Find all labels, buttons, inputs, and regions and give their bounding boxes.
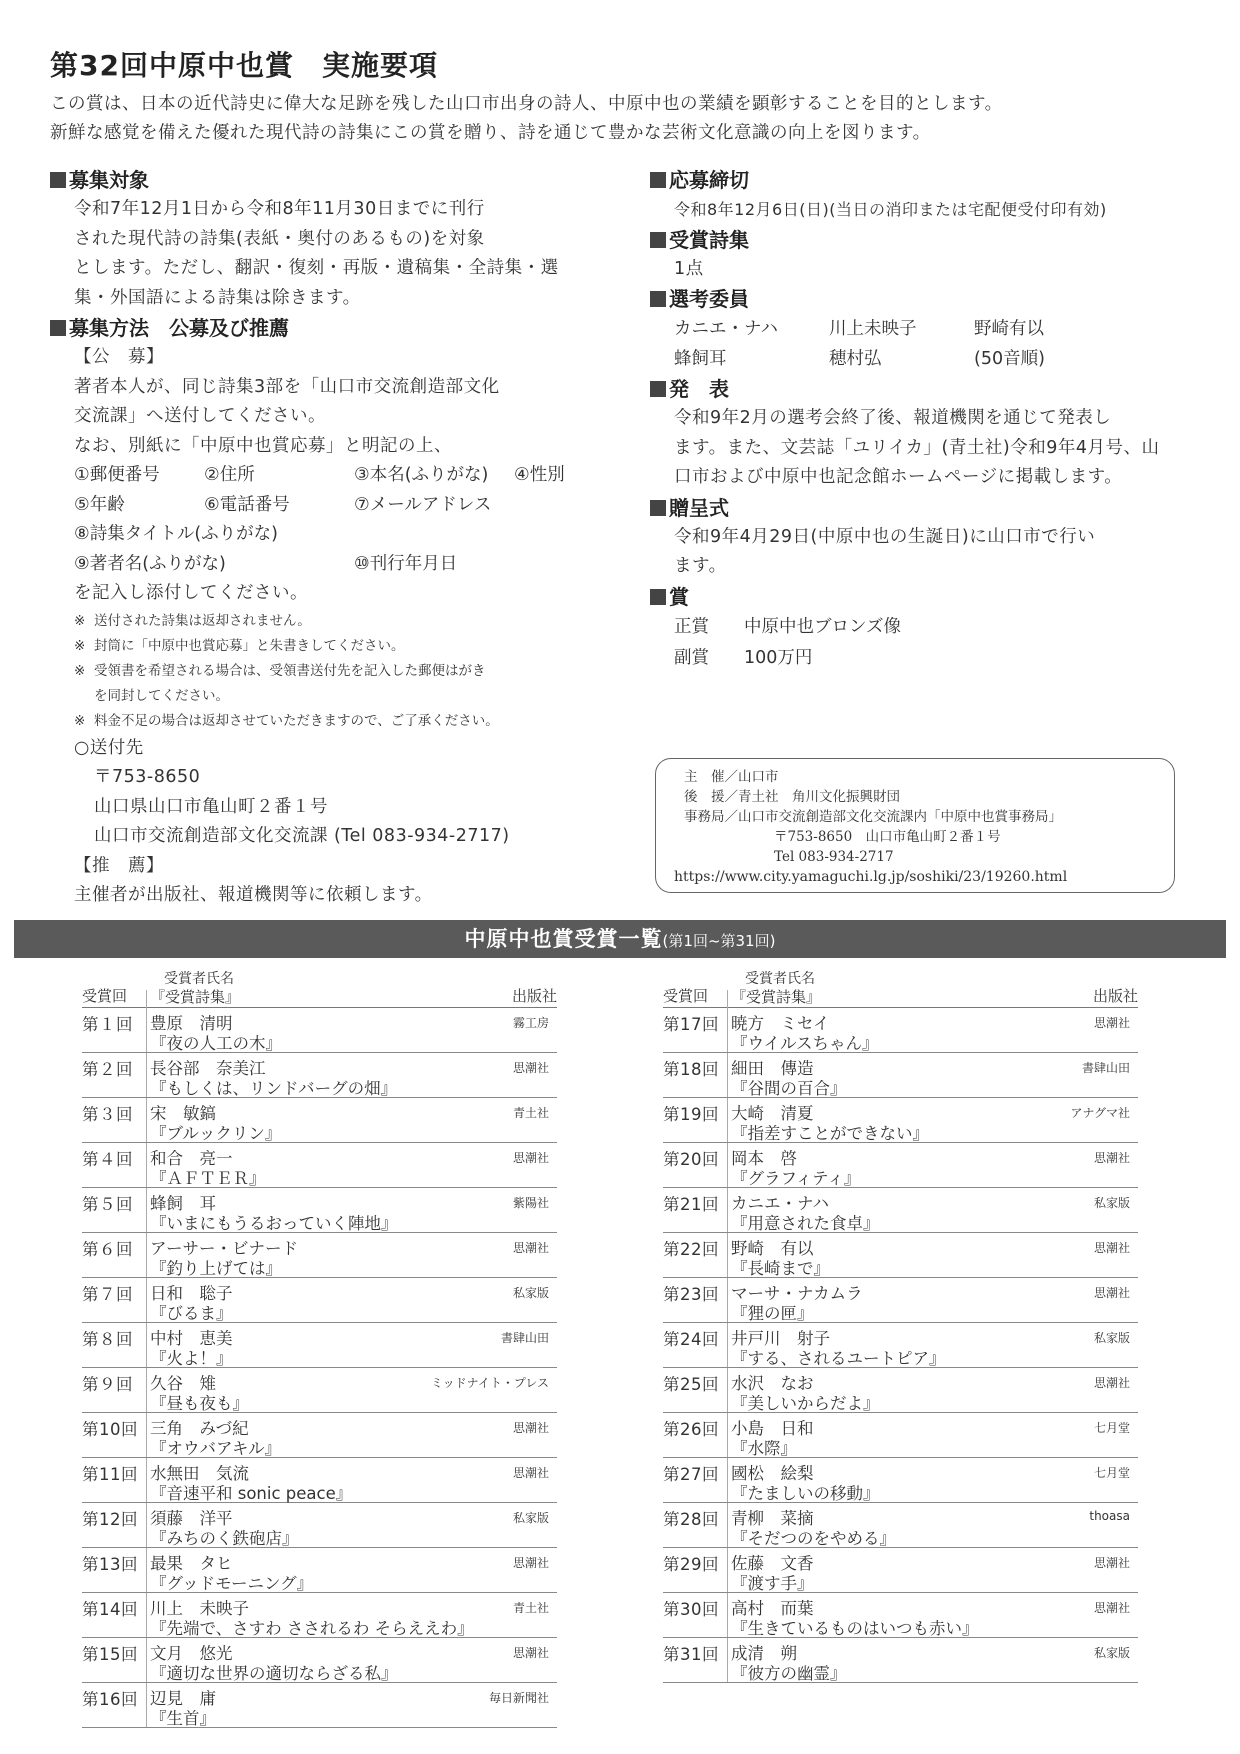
postal-code: 〒753-8650 bbox=[94, 763, 590, 793]
text-line: 口市および中原中也記念館ホームページに掲載します。 bbox=[674, 463, 1200, 493]
round-cell: 第20回 bbox=[663, 1146, 719, 1170]
book-title-cell: 『用意された食卓』 bbox=[731, 1210, 880, 1234]
suisen-block: 【推 薦】 主催者が出版社、報道機関等に依頼します。 bbox=[50, 852, 590, 911]
round-cell: 第25回 bbox=[663, 1371, 719, 1395]
required-item: ⑨著者名(ふりがな) bbox=[74, 550, 354, 580]
publisher-cell: 七月堂 bbox=[1094, 1464, 1130, 1481]
table-row: 第14回川上 未映子『先端で、さすわ さされるわ そらええわ』青土社 bbox=[82, 1593, 557, 1638]
book-title-cell: 『生きているものはいつも赤い』 bbox=[731, 1615, 979, 1639]
table-row: 第５回蜂飼 耳『いまにもうるおっていく陣地』紫陽社 bbox=[82, 1188, 557, 1233]
square-bullet-icon bbox=[650, 172, 666, 188]
secretariat-address: 〒753-8650 山口市亀山町２番１号 bbox=[684, 827, 1174, 847]
banner-range: (第1回~第31回) bbox=[663, 932, 776, 950]
table-row: 第10回三角 みづ紀『オウバアキル』思潮社 bbox=[82, 1413, 557, 1458]
note-continuation: を同封してください。 bbox=[50, 684, 590, 709]
publisher-cell: 思潮社 bbox=[513, 1464, 549, 1481]
note-mark: ※ bbox=[74, 709, 94, 734]
publisher-cell: 思潮社 bbox=[513, 1644, 549, 1661]
table-row: 第31回成清 朔『彼方の幽霊』私家版 bbox=[663, 1638, 1138, 1683]
judge-name: カニエ・ナハ bbox=[674, 314, 829, 344]
koubo-block: 【公 募】 著者本人が、同じ詩集3部を「山口市交流創造部文化 交流課」へ送付して… bbox=[50, 343, 590, 461]
publisher-cell: アナグマ社 bbox=[1070, 1104, 1130, 1121]
publisher-cell: 書肆山田 bbox=[1082, 1059, 1130, 1076]
announce-body: 令和9年2月の選考会終了後、報道機関を通じて発表し ます。また、文芸誌「ユリイカ… bbox=[650, 404, 1200, 493]
round-cell: 第24回 bbox=[663, 1326, 719, 1350]
address: 山口県山口市亀山町２番１号 bbox=[94, 793, 590, 823]
book-title-cell: 『狸の匣』 bbox=[731, 1300, 814, 1324]
publisher-cell: 思潮社 bbox=[513, 1239, 549, 1256]
round-cell: 第11回 bbox=[82, 1461, 138, 1485]
table-row: 第15回文月 悠光『適切な世界の適切ならざる私』思潮社 bbox=[82, 1638, 557, 1683]
book-title-cell: 『彼方の幽霊』 bbox=[731, 1660, 847, 1684]
publisher-cell: 思潮社 bbox=[1094, 1284, 1130, 1301]
book-title-cell: 『音速平和 sonic peace』 bbox=[150, 1480, 352, 1504]
round-cell: 第27回 bbox=[663, 1461, 719, 1485]
book-title-cell: 『美しいからだよ』 bbox=[731, 1390, 880, 1414]
prize-main: 正賞中原中也ブロンズ像 bbox=[650, 612, 1200, 643]
round-cell: 第９回 bbox=[82, 1371, 133, 1395]
right-column: 応募締切 令和8年12月6日(日)(当日の消印または宅配便受付印有効) 受賞詩集… bbox=[650, 165, 1200, 674]
heading-text: 賞 bbox=[669, 582, 689, 612]
section-heading-announce: 発 表 bbox=[650, 374, 1200, 404]
publisher-cell: ミッドナイト・プレス bbox=[431, 1374, 549, 1391]
book-title-cell: 『そだつのをやめる』 bbox=[731, 1525, 896, 1549]
publisher-cell: 私家版 bbox=[1094, 1644, 1130, 1661]
publisher-cell: 霧工房 bbox=[513, 1014, 549, 1031]
table-row: 第27回國松 絵梨『たましいの移動』七月堂 bbox=[663, 1458, 1138, 1503]
round-cell: 第３回 bbox=[82, 1101, 133, 1125]
table-row: 第11回水無田 気流『音速平和 sonic peace』思潮社 bbox=[82, 1458, 557, 1503]
round-cell: 第29回 bbox=[663, 1551, 719, 1575]
column-header-book: 『受賞詩集』 bbox=[731, 986, 821, 1007]
round-cell: 第４回 bbox=[82, 1146, 133, 1170]
book-title-cell: 『夜の人工の木』 bbox=[150, 1030, 282, 1054]
column-header-name: 受賞者氏名 bbox=[745, 968, 815, 988]
book-title-cell: 『水際』 bbox=[731, 1435, 797, 1459]
note-item: ※封筒に「中原中也賞応募」と朱書きしてください。 bbox=[50, 634, 590, 659]
table-row: 第８回中村 恵美『火よ！』書肆山田 bbox=[82, 1323, 557, 1368]
round-cell: 第１回 bbox=[82, 1011, 133, 1035]
round-cell: 第26回 bbox=[663, 1416, 719, 1440]
text-line: とします。ただし、翻訳・復刻・再版・遺稿集・全詩集・選 bbox=[74, 254, 590, 284]
table-row: 第20回岡本 啓『グラフィティ』思潮社 bbox=[663, 1143, 1138, 1188]
section-heading-ceremony: 贈呈式 bbox=[650, 493, 1200, 523]
table-row: 第21回カニエ・ナハ『用意された食卓』私家版 bbox=[663, 1188, 1138, 1233]
table-row: 第28回青柳 菜摘『そだつのをやめる』thoasa bbox=[663, 1503, 1138, 1548]
table-header: 受賞回 受賞者氏名 『受賞詩集』 出版社 bbox=[82, 968, 557, 1008]
text-line: 令和7年12月1日から令和8年11月30日までに刊行 bbox=[74, 195, 590, 225]
square-bullet-icon bbox=[50, 320, 66, 336]
round-cell: 第14回 bbox=[82, 1596, 138, 1620]
table-row: 第12回須藤 洋平『みちのく鉄砲店』私家版 bbox=[82, 1503, 557, 1548]
heading-text: 贈呈式 bbox=[669, 493, 729, 523]
title-sub: 実施要項 bbox=[322, 49, 438, 82]
lead-line: この賞は、日本の近代詩史に偉大な足跡を残した山口市出身の詩人、中原中也の業績を顕… bbox=[50, 90, 1200, 119]
round-cell: 第６回 bbox=[82, 1236, 133, 1260]
publisher-cell: 書肆山田 bbox=[501, 1329, 549, 1346]
note-text: 料金不足の場合は返却させていただきますので、ご了承ください。 bbox=[94, 709, 499, 734]
square-bullet-icon bbox=[650, 232, 666, 248]
award-count-text: 1点 bbox=[650, 255, 1200, 285]
note-text: 封筒に「中原中也賞応募」と朱書きしてください。 bbox=[94, 634, 405, 659]
supporters: 後 援／青土社 角川文化振興財団 bbox=[684, 787, 1174, 807]
book-title-cell: 『釣り上げては』 bbox=[150, 1255, 282, 1279]
book-title-cell: 『先端で、さすわ さされるわ そらええわ』 bbox=[150, 1615, 474, 1639]
banner-title: 中原中也賞受賞一覧 bbox=[465, 927, 663, 951]
column-header-round: 受賞回 bbox=[82, 985, 127, 1006]
secretariat: 事務局／山口市交流創造部文化交流課内「中原中也賞事務局」 bbox=[684, 807, 1174, 827]
book-title-cell: 『指差すことができない』 bbox=[731, 1120, 929, 1144]
table-row: 第16回辺見 庸『生首』毎日新聞社 bbox=[82, 1683, 557, 1728]
ceremony-body: 令和9年4月29日(中原中也の生誕日)に山口市で行い ます。 bbox=[650, 523, 1200, 582]
table-row: 第６回アーサー・ビナード『釣り上げては』思潮社 bbox=[82, 1233, 557, 1278]
note-mark: ※ bbox=[74, 659, 94, 684]
section-heading-judges: 選考委員 bbox=[650, 284, 1200, 314]
boshu-taisho-body: 令和7年12月1日から令和8年11月30日までに刊行 された現代詩の詩集(表紙・… bbox=[50, 195, 590, 313]
book-title-cell: 『適切な世界の適切ならざる私』 bbox=[150, 1660, 398, 1684]
table-row: 第３回宋 敏鎬『ブルックリン』青土社 bbox=[82, 1098, 557, 1143]
column-header-name: 受賞者氏名 bbox=[164, 968, 234, 988]
book-title-cell: 『する、されるユートピア』 bbox=[731, 1345, 946, 1369]
section-heading-deadline: 応募締切 bbox=[650, 165, 1200, 195]
round-cell: 第22回 bbox=[663, 1236, 719, 1260]
judges-list: カニエ・ナハ 川上未映子 野崎有以 蜂飼耳 穂村弘 (50音順) bbox=[650, 314, 1200, 374]
column-header-publisher: 出版社 bbox=[1093, 985, 1138, 1006]
book-title-cell: 『生首』 bbox=[150, 1705, 216, 1729]
table-row: 第２回長谷部 奈美江『もしくは、リンドバーグの畑』思潮社 bbox=[82, 1053, 557, 1098]
page-title: 第32回中原中也賞実施要項 bbox=[50, 44, 438, 84]
table-header: 受賞回 受賞者氏名 『受賞詩集』 出版社 bbox=[663, 968, 1138, 1008]
publisher-cell: 思潮社 bbox=[513, 1149, 549, 1166]
winners-table-right: 受賞回 受賞者氏名 『受賞詩集』 出版社 第17回暁方 ミセイ『ウイルスちゃん』… bbox=[663, 968, 1138, 1683]
book-title-cell: 『渡す手』 bbox=[731, 1570, 814, 1594]
square-bullet-icon bbox=[650, 291, 666, 307]
publisher-cell: 七月堂 bbox=[1094, 1419, 1130, 1436]
round-cell: 第16回 bbox=[82, 1686, 138, 1710]
table-row: 第24回井戸川 射子『する、されるユートピア』私家版 bbox=[663, 1323, 1138, 1368]
heading-text: 募集対象 bbox=[69, 165, 149, 195]
column-header-round: 受賞回 bbox=[663, 985, 708, 1006]
publisher-cell: 思潮社 bbox=[1094, 1554, 1130, 1571]
publisher-cell: 紫陽社 bbox=[513, 1194, 549, 1211]
round-cell: 第10回 bbox=[82, 1416, 138, 1440]
send-to-label: ○送付先 bbox=[74, 734, 590, 764]
text-line: 著者本人が、同じ詩集3部を「山口市交流創造部文化 bbox=[74, 373, 590, 403]
table-row: 第22回野崎 有以『長崎まで』思潮社 bbox=[663, 1233, 1138, 1278]
required-item: ①郵便番号 bbox=[74, 461, 204, 491]
publisher-cell: 私家版 bbox=[1094, 1194, 1130, 1211]
book-title-cell: 『火よ！』 bbox=[150, 1345, 233, 1369]
round-cell: 第７回 bbox=[82, 1281, 133, 1305]
text-line: 交流課」へ送付してください。 bbox=[74, 402, 590, 432]
prize-label: 副賞 bbox=[674, 643, 744, 674]
book-title-cell: 『いまにもうるおっていく陣地』 bbox=[150, 1210, 398, 1234]
table-row: 第７回日和 聡子『びるま』私家版 bbox=[82, 1278, 557, 1323]
prize-label: 正賞 bbox=[674, 612, 744, 643]
website-link[interactable]: https://www.city.yamaguchi.lg.jp/soshiki… bbox=[674, 867, 1174, 887]
publisher-cell: 思潮社 bbox=[1094, 1014, 1130, 1031]
table-row: 第17回暁方 ミセイ『ウイルスちゃん』思潮社 bbox=[663, 1008, 1138, 1053]
prize-value: 中原中也ブロンズ像 bbox=[744, 617, 901, 637]
note-text: 受領書を希望される場合は、受領書送付先を記入した郵便はがき bbox=[94, 659, 486, 684]
suisen-label: 【推 薦】 bbox=[74, 852, 590, 882]
publisher-cell: 私家版 bbox=[1094, 1329, 1130, 1346]
round-cell: 第８回 bbox=[82, 1326, 133, 1350]
note-item: ※料金不足の場合は返却させていただきますので、ご了承ください。 bbox=[50, 709, 590, 734]
table-row: 第29回佐藤 文香『渡す手』思潮社 bbox=[663, 1548, 1138, 1593]
attach-instruction: を記入し添付してください。 bbox=[50, 579, 590, 609]
prize-value: 100万円 bbox=[744, 648, 812, 668]
section-heading-award-count: 受賞詩集 bbox=[650, 225, 1200, 255]
book-title-cell: 『もしくは、リンドバーグの畑』 bbox=[150, 1075, 397, 1099]
round-cell: 第19回 bbox=[663, 1101, 719, 1125]
publisher-cell: 青土社 bbox=[513, 1599, 549, 1616]
table-row: 第30回高村 而葉『生きているものはいつも赤い』思潮社 bbox=[663, 1593, 1138, 1638]
book-title-cell: 『ブルックリン』 bbox=[150, 1120, 281, 1144]
round-cell: 第18回 bbox=[663, 1056, 719, 1080]
square-bullet-icon bbox=[650, 500, 666, 516]
publisher-cell: 思潮社 bbox=[513, 1419, 549, 1436]
title-main: 第32回中原中也賞 bbox=[50, 49, 294, 82]
publisher-cell: 青土社 bbox=[513, 1104, 549, 1121]
round-cell: 第５回 bbox=[82, 1191, 133, 1215]
note-item: ※受領書を希望される場合は、受領書送付先を記入した郵便はがき bbox=[50, 659, 590, 684]
publisher-cell: 毎日新聞社 bbox=[489, 1689, 549, 1706]
heading-text: 受賞詩集 bbox=[669, 225, 749, 255]
book-title-cell: 『グッドモーニング』 bbox=[150, 1570, 313, 1594]
lead-paragraph: この賞は、日本の近代詩史に偉大な足跡を残した山口市出身の詩人、中原中也の業績を顕… bbox=[50, 90, 1200, 148]
note-item: ※送付された詩集は返却されません。 bbox=[50, 609, 590, 634]
round-cell: 第13回 bbox=[82, 1551, 138, 1575]
organizer-info-box: 主 催／山口市 後 援／青土社 角川文化振興財団 事務局／山口市交流創造部文化交… bbox=[655, 758, 1175, 893]
note-mark: ※ bbox=[74, 609, 94, 634]
note-text: 送付された詩集は返却されません。 bbox=[94, 609, 311, 634]
column-header-publisher: 出版社 bbox=[512, 985, 557, 1006]
round-cell: 第17回 bbox=[663, 1011, 719, 1035]
required-item: ⑤年齢 bbox=[74, 491, 204, 521]
judge-name: 穂村弘 bbox=[829, 344, 974, 374]
book-title-cell: 『たましいの移動』 bbox=[731, 1480, 880, 1504]
book-title-cell: 『ウイルスちゃん』 bbox=[731, 1030, 879, 1054]
left-column: 募集対象 令和7年12月1日から令和8年11月30日までに刊行 された現代詩の詩… bbox=[50, 165, 590, 911]
publisher-cell: 思潮社 bbox=[1094, 1149, 1130, 1166]
send-to-address: 〒753-8650 山口県山口市亀山町２番１号 山口市交流創造部文化交流課 (T… bbox=[50, 763, 590, 852]
square-bullet-icon bbox=[650, 381, 666, 397]
book-title-cell: 『びるま』 bbox=[150, 1300, 233, 1324]
round-cell: 第12回 bbox=[82, 1506, 138, 1530]
required-items-list: ①郵便番号 ②住所 ③本名(ふりがな) ④性別 ⑤年齢 ⑥電話番号 ⑦メールアド… bbox=[50, 461, 590, 579]
book-title-cell: 『ＡＦＴＥＲ』 bbox=[150, 1165, 266, 1189]
secretariat-tel: Tel 083-934-2717 bbox=[684, 847, 1174, 867]
square-bullet-icon bbox=[650, 589, 666, 605]
table-row: 第26回小島 日和『水際』七月堂 bbox=[663, 1413, 1138, 1458]
publisher-cell: 思潮社 bbox=[1094, 1239, 1130, 1256]
text-line: 令和9年4月29日(中原中也の生誕日)に山口市で行い bbox=[674, 523, 1200, 553]
deadline-text: 令和8年12月6日(日)(当日の消印または宅配便受付印有効) bbox=[650, 195, 1200, 225]
table-row: 第１回豊原 清明『夜の人工の木』霧工房 bbox=[82, 1008, 557, 1053]
publisher-cell: 私家版 bbox=[513, 1284, 549, 1301]
section-heading-prize: 賞 bbox=[650, 582, 1200, 612]
section-heading-boshu-taisho: 募集対象 bbox=[50, 165, 590, 195]
required-item: ②住所 bbox=[204, 461, 354, 491]
round-cell: 第28回 bbox=[663, 1506, 719, 1530]
book-title-cell: 『昼も夜も』 bbox=[150, 1390, 249, 1414]
table-row: 第４回和合 亮一『ＡＦＴＥＲ』思潮社 bbox=[82, 1143, 557, 1188]
book-title-cell: 『長崎まで』 bbox=[731, 1255, 830, 1279]
table-row: 第９回久谷 雉『昼も夜も』ミッドナイト・プレス bbox=[82, 1368, 557, 1413]
text-line: 令和9年2月の選考会終了後、報道機関を通じて発表し bbox=[674, 404, 1200, 434]
required-item: ⑩刊行年月日 bbox=[354, 550, 604, 580]
judge-name: 野崎有以 bbox=[974, 314, 1124, 344]
square-bullet-icon bbox=[50, 172, 66, 188]
heading-text: 選考委員 bbox=[669, 284, 749, 314]
judge-name: 蜂飼耳 bbox=[674, 344, 829, 374]
publisher-cell: 思潮社 bbox=[1094, 1374, 1130, 1391]
table-row: 第19回大崎 清夏『指差すことができない』アナグマ社 bbox=[663, 1098, 1138, 1143]
winners-banner: 中原中也賞受賞一覧(第1回~第31回) bbox=[14, 920, 1226, 958]
required-item: ④性別 bbox=[514, 461, 604, 491]
round-cell: 第21回 bbox=[663, 1191, 719, 1215]
note-text: を同封してください。 bbox=[94, 684, 229, 709]
round-cell: 第15回 bbox=[82, 1641, 138, 1665]
winners-table-left: 受賞回 受賞者氏名 『受賞詩集』 出版社 第１回豊原 清明『夜の人工の木』霧工房… bbox=[82, 968, 557, 1728]
suisen-text: 主催者が出版社、報道機関等に依頼します。 bbox=[74, 881, 590, 911]
book-title-cell: 『グラフィティ』 bbox=[731, 1165, 860, 1189]
book-title-cell: 『谷間の百合』 bbox=[731, 1075, 847, 1099]
book-title-cell: 『オウバアキル』 bbox=[150, 1435, 281, 1459]
text-line: なお、別紙に「中原中也賞応募」と明記の上、 bbox=[74, 432, 590, 462]
table-row: 第18回細田 傳造『谷間の百合』書肆山田 bbox=[663, 1053, 1138, 1098]
text-line: ます。 bbox=[674, 552, 1200, 582]
publisher-cell: 思潮社 bbox=[513, 1554, 549, 1571]
column-header-book: 『受賞詩集』 bbox=[150, 986, 240, 1007]
round-cell: 第31回 bbox=[663, 1641, 719, 1665]
round-cell: 第２回 bbox=[82, 1056, 133, 1080]
table-row: 第23回マーサ・ナカムラ『狸の匣』思潮社 bbox=[663, 1278, 1138, 1323]
heading-text: 発 表 bbox=[669, 374, 729, 404]
send-to-block: ○送付先 bbox=[50, 734, 590, 764]
judge-name: 川上未映子 bbox=[829, 314, 974, 344]
heading-text: 応募締切 bbox=[669, 165, 749, 195]
publisher-cell: 私家版 bbox=[513, 1509, 549, 1526]
book-title-cell: 『みちのく鉄砲店』 bbox=[150, 1525, 299, 1549]
round-cell: 第23回 bbox=[663, 1281, 719, 1305]
text-line: された現代詩の詩集(表紙・奥付のあるもの)を対象 bbox=[74, 225, 590, 255]
heading-text: 募集方法 公募及び推薦 bbox=[69, 313, 289, 343]
organizer: 主 催／山口市 bbox=[684, 767, 1174, 787]
round-cell: 第30回 bbox=[663, 1596, 719, 1620]
koubo-label: 【公 募】 bbox=[74, 343, 590, 373]
table-row: 第25回水沢 なお『美しいからだよ』思潮社 bbox=[663, 1368, 1138, 1413]
lead-line: 新鮮な感覚を備えた優れた現代詩の詩集にこの賞を贈り、詩を通じて豊かな芸術文化意識… bbox=[50, 119, 1200, 148]
judges-order-note: (50音順) bbox=[974, 344, 1124, 374]
publisher-cell: 思潮社 bbox=[513, 1059, 549, 1076]
section-heading-boshu-hoho: 募集方法 公募及び推薦 bbox=[50, 313, 590, 343]
publisher-cell: 思潮社 bbox=[1094, 1599, 1130, 1616]
required-item: ⑧詩集タイトル(ふりがな) bbox=[74, 520, 604, 550]
text-line: 集・外国語による詩集は除きます。 bbox=[74, 284, 590, 314]
note-mark: ※ bbox=[74, 634, 94, 659]
required-item: ⑦メールアドレス bbox=[354, 491, 604, 521]
publisher-cell: thoasa bbox=[1089, 1509, 1130, 1523]
department-contact: 山口市交流創造部文化交流課 (Tel 083-934-2717) bbox=[94, 822, 590, 852]
table-row: 第13回最果 タヒ『グッドモーニング』思潮社 bbox=[82, 1548, 557, 1593]
prize-sub: 副賞100万円 bbox=[650, 643, 1200, 674]
required-item: ⑥電話番号 bbox=[204, 491, 354, 521]
text-line: ます。また、文芸誌「ユリイカ」(青土社)令和9年4月号、山 bbox=[674, 434, 1200, 464]
required-item: ③本名(ふりがな) bbox=[354, 461, 514, 491]
